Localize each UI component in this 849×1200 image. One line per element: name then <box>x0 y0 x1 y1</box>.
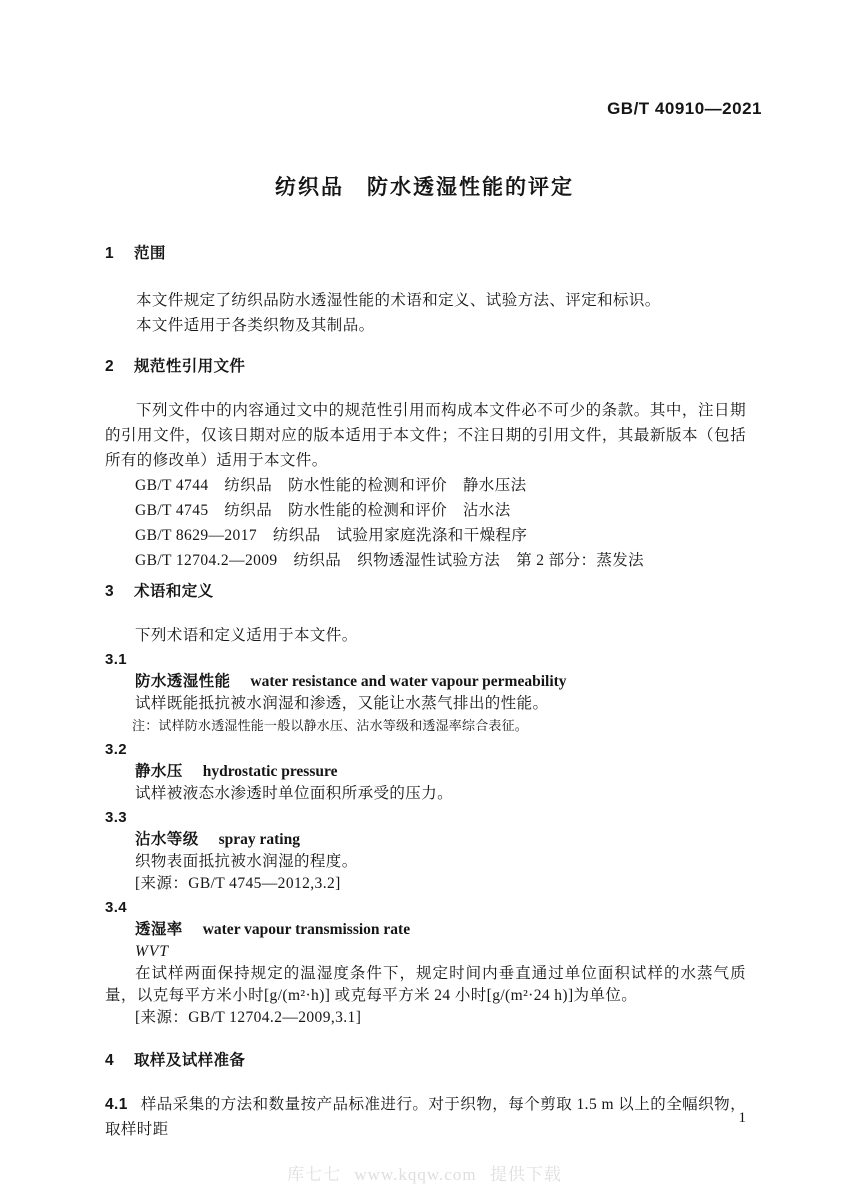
term-zh: 静水压 <box>135 763 183 780</box>
clause-4-1-number: 4.1 <box>105 1096 128 1113</box>
term-definition: 试样既能抵抗被水润湿和渗透，又能让水蒸气排出的性能。 <box>105 693 746 715</box>
reference-item: GB/T 12704.2—2009 纺织品 织物透湿性试验方法 第 2 部分：蒸… <box>105 548 746 573</box>
term-zh: 沾水等级 <box>135 831 199 848</box>
reference-item: GB/T 4744 纺织品 防水性能的检测和评价 静水压法 <box>105 473 746 498</box>
term-block: 3.4 透湿率water vapour transmission rate WV… <box>105 897 746 1029</box>
reference-item: GB/T 8629—2017 纺织品 试验用家庭洗涤和干燥程序 <box>105 523 746 548</box>
section-3-title: 术语和定义 <box>134 579 214 604</box>
term-source: [来源：GB/T 4745—2012,3.2] <box>105 873 746 895</box>
clause-4-1-text: 样品采集的方法和数量按产品标准进行。对于织物，每个剪取 1.5 m 以上的全幅织… <box>105 1096 746 1138</box>
term-definition: 试样被液态水渗透时单位面积所承受的压力。 <box>105 783 746 805</box>
term-en: spray rating <box>219 831 300 848</box>
term-line: 防水透湿性能water resistance and water vapour … <box>105 671 746 693</box>
term-source: [来源：GB/T 12704.2—2009,3.1] <box>105 1007 746 1029</box>
section-2-number: 2 <box>105 354 114 379</box>
scope-paragraph-2: 本文件适用于各类织物及其制品。 <box>105 313 746 338</box>
page-content: 1 范围 本文件规定了纺织品防水透湿性能的术语和定义、试验方法、评定和标识。 本… <box>105 241 746 1142</box>
page-number: 1 <box>739 1110 747 1127</box>
term-en: hydrostatic pressure <box>203 763 338 780</box>
term-number: 3.1 <box>105 649 746 671</box>
document-page: GB/T 40910—2021 纺织品 防水透湿性能的评定 1 范围 本文件规定… <box>0 0 849 1200</box>
standard-code: GB/T 40910—2021 <box>607 99 762 119</box>
scope-paragraph-1: 本文件规定了纺织品防水透湿性能的术语和定义、试验方法、评定和标识。 <box>105 288 746 313</box>
term-line: 静水压hydrostatic pressure <box>105 761 746 783</box>
section-4-title: 取样及试样准备 <box>134 1048 245 1073</box>
term-abbreviation: WVT <box>105 941 746 963</box>
term-block: 3.1 防水透湿性能water resistance and water vap… <box>105 649 746 737</box>
section-2-heading: 2 规范性引用文件 <box>105 354 746 379</box>
term-number: 3.3 <box>105 807 746 829</box>
term-definition: 织物表面抵抗被水润湿的程度。 <box>105 851 746 873</box>
term-zh: 防水透湿性能 <box>135 673 230 690</box>
section-2-title: 规范性引用文件 <box>134 354 245 379</box>
normative-references-intro: 下列文件中的内容通过文中的规范性引用而构成本文件必不可少的条款。其中，注日期的引… <box>105 398 746 473</box>
watermark-text: 库七七 www.kqqw.com 提供下载 <box>0 1160 849 1185</box>
section-3-heading: 3 术语和定义 <box>105 579 746 604</box>
section-3-number: 3 <box>105 579 114 604</box>
term-note: 注：试样防水透湿性能一般以静水压、沾水等级和透湿率综合表征。 <box>105 715 746 737</box>
term-number: 3.4 <box>105 897 746 919</box>
reference-item: GB/T 4745 纺织品 防水性能的检测和评价 沾水法 <box>105 498 746 523</box>
term-line: 透湿率water vapour transmission rate <box>105 919 746 941</box>
section-4-heading: 4 取样及试样准备 <box>105 1048 746 1073</box>
term-number: 3.2 <box>105 739 746 761</box>
clause-4-1: 4.1样品采集的方法和数量按产品标准进行。对于织物，每个剪取 1.5 m 以上的… <box>105 1092 746 1142</box>
section-1-number: 1 <box>105 241 114 266</box>
term-line: 沾水等级spray rating <box>105 829 746 851</box>
term-zh: 透湿率 <box>135 921 183 938</box>
term-block: 3.2 静水压hydrostatic pressure 试样被液态水渗透时单位面… <box>105 739 746 805</box>
term-definition: 在试样两面保持规定的温湿度条件下，规定时间内垂直通过单位面积试样的水蒸气质量，以… <box>105 963 746 1007</box>
section-1-heading: 1 范围 <box>105 241 746 266</box>
term-block: 3.3 沾水等级spray rating 织物表面抵抗被水润湿的程度。 [来源：… <box>105 807 746 895</box>
section-1-title: 范围 <box>134 241 166 266</box>
terms-and-definitions: 下列术语和定义适用于本文件。 3.1 防水透湿性能water resistanc… <box>105 625 746 1029</box>
terms-intro: 下列术语和定义适用于本文件。 <box>105 625 746 647</box>
document-title: 纺织品 防水透湿性能的评定 <box>0 171 849 201</box>
term-en: water vapour transmission rate <box>203 921 410 938</box>
section-4-number: 4 <box>105 1048 114 1073</box>
term-en: water resistance and water vapour permea… <box>250 673 566 690</box>
